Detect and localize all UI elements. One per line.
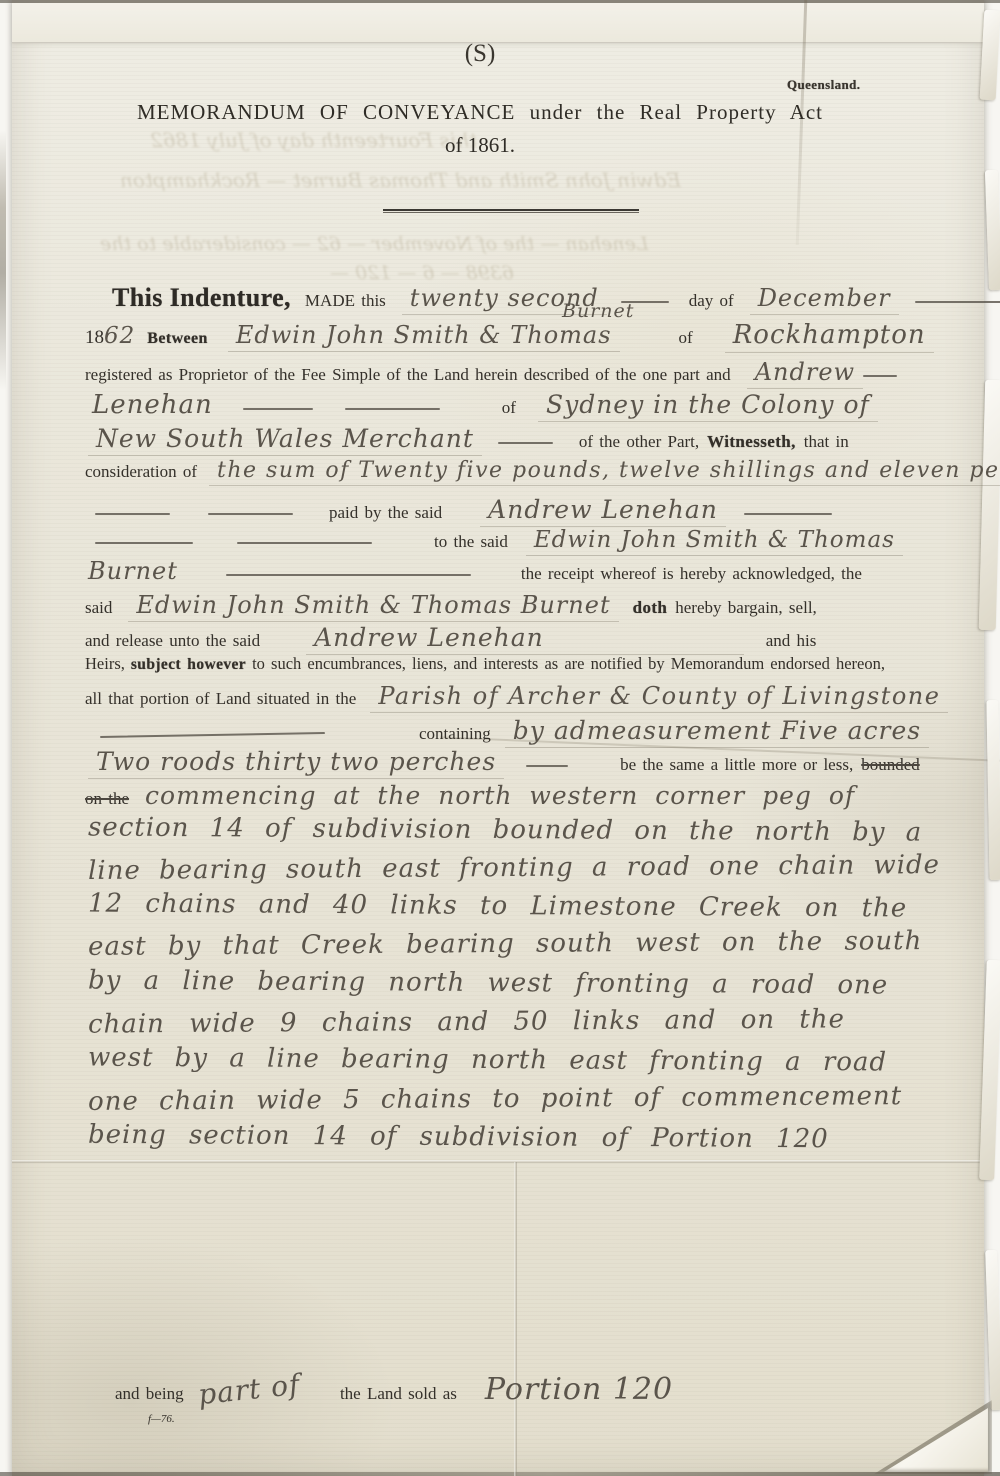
deed-line-9: Burnet the receipt whereof is hereby ack… <box>88 557 862 585</box>
document-title-line1: MEMORANDUM OF CONVEYANCE under the Real … <box>0 100 960 125</box>
deed-line-10: said Edwin John Smith & Thomas Burnet do… <box>85 591 817 619</box>
handwritten-dash <box>95 513 170 515</box>
printed-text: be the same a little more or less, <box>620 755 853 774</box>
handwritten-vendor-names: Edwin John Smith & Thomas Burnet <box>128 591 618 622</box>
handwritten-dash <box>95 542 193 544</box>
handwritten-dash <box>208 513 293 515</box>
deed-line-5: New South Wales Merchant of the other Pa… <box>88 424 849 453</box>
handwritten-dash <box>863 375 897 377</box>
handwritten-portion-number: Portion 120 <box>485 1372 673 1407</box>
printed-text: said <box>85 598 112 617</box>
handwritten-description: west by a line bearing north east fronti… <box>88 1043 887 1078</box>
right-edge-crumple <box>986 700 1000 880</box>
handwritten-grantor-names: Edwin John Smith & Thomas <box>228 321 620 352</box>
handwritten-insertion-burnet: Burnet <box>562 300 634 322</box>
printed-text: Heirs, <box>85 654 125 673</box>
printed-doth: doth <box>633 598 668 617</box>
printed-struck-on-the: on the <box>85 789 129 808</box>
handwritten-description: east by that Creek bearing south west on… <box>88 926 923 962</box>
deed-line-2: 1862 Between Edwin John Smith & Thomas o… <box>85 320 934 350</box>
printed-text: consideration of <box>85 462 197 481</box>
printed-text: all that portion of Land situated in the <box>85 689 356 708</box>
opening-words: This Indenture, <box>112 283 291 312</box>
handwritten-year: 62 <box>104 323 135 349</box>
handwritten-area-acres: by admeasurement Five acres <box>505 716 929 748</box>
deed-closing-line: and being part of the Land sold as Porti… <box>115 1372 673 1407</box>
handwritten-month: December <box>750 284 899 315</box>
printed-struck-bounded: bounded <box>861 755 920 774</box>
handwritten-surname-burnet: Burnet <box>88 557 178 585</box>
handwritten-dash <box>498 442 553 444</box>
deed-line-1: This Indenture, MADE this twenty second … <box>112 283 1000 313</box>
handwritten-description: commencing at the north western corner p… <box>145 781 855 810</box>
handwritten-grantee-first-name: Andrew <box>747 358 863 389</box>
printed-text: and his <box>766 631 817 650</box>
printed-text: paid by the said <box>329 503 442 522</box>
deed-line-11: and release unto the said Andrew Lenehan… <box>85 623 816 652</box>
handwritten-place-sydney: Sydney in the Colony of <box>538 390 878 422</box>
deed-line-12: Heirs, subject however to such encumbran… <box>85 654 885 674</box>
handwritten-dash <box>226 574 471 576</box>
printed-text: that in <box>804 432 849 451</box>
printed-text: the receipt whereof is hereby acknowledg… <box>521 564 862 583</box>
deed-line-7: paid by the said Andrew Lenehan <box>95 495 832 524</box>
bleedthrough-line: 6398 — 6 — 120 — <box>330 262 514 284</box>
printed-text: and being <box>115 1384 184 1403</box>
handwritten-description: line bearing south east fronting a road … <box>88 850 940 886</box>
printed-text: registered as Proprietor of the Fee Simp… <box>85 365 731 384</box>
top-fold-band <box>12 3 984 43</box>
handwritten-area-roods-perches: Two roods thirty two perches <box>88 747 504 779</box>
deed-line-14: containing by admeasurement Five acres <box>100 716 929 745</box>
deed-line-13: all that portion of Land situated in the… <box>85 682 948 710</box>
deed-line-3: registered as Proprietor of the Fee Simp… <box>85 358 897 386</box>
right-edge-crumple <box>985 1250 1000 1410</box>
printed-text: of <box>679 328 693 347</box>
printed-text: of <box>502 398 516 417</box>
handwritten-part-of: part of <box>196 1368 301 1412</box>
handwritten-description: chain wide 9 chains and 50 links and on … <box>88 1004 845 1039</box>
handwritten-dash <box>345 408 440 410</box>
printed-text: MADE this <box>305 291 386 310</box>
handwritten-grantee-surname: Lenehan <box>92 390 213 420</box>
deed-line-8: to the said Edwin John Smith & Thomas <box>95 527 903 553</box>
handwritten-payee-names: Edwin John Smith & Thomas <box>526 527 903 556</box>
handwritten-wavy-dash <box>100 732 325 738</box>
bleedthrough-line: Lenehan — the of November — 62 — conside… <box>100 233 649 255</box>
scan-top-edge <box>0 0 1000 3</box>
printed-text: the Land sold as <box>340 1384 457 1403</box>
right-edge-crumple <box>980 10 1000 101</box>
left-edge-shadow <box>0 130 6 390</box>
handwritten-dash <box>744 513 832 515</box>
handwritten-description: being section 14 of subdivision of Porti… <box>88 1120 829 1155</box>
bleedthrough-line: Edwin John Smith and Thomas Burnet — Roc… <box>120 168 681 192</box>
deed-line-6: consideration of the sum of Twenty five … <box>85 458 1000 483</box>
printed-text: hereby bargain, sell, <box>675 598 817 617</box>
printed-text: to such encumbrances, liens, and interes… <box>252 654 885 673</box>
right-edge-crumple <box>985 170 1000 290</box>
handwritten-place: Rockhampton <box>725 320 934 353</box>
printed-year-prefix: 18 <box>85 327 104 348</box>
handwritten-payer-name: Andrew Lenehan <box>480 495 726 527</box>
handwritten-description: by a line bearing north west fronting a … <box>88 966 888 1001</box>
handwritten-consideration-sum: the sum of Twenty five pounds, twelve sh… <box>209 458 1000 486</box>
printed-between: Between <box>147 330 208 347</box>
scanned-deed-page: this Fourteenth day of July 1862 Edwin J… <box>0 0 1000 1476</box>
handwritten-description: section 14 of subdivision bounded on the… <box>88 812 922 847</box>
handwritten-parish-county: Parish of Archer & County of Livingstone <box>370 682 948 713</box>
handwritten-description: one chain wide 5 chains to point of comm… <box>88 1081 902 1117</box>
handwritten-dash <box>915 301 1000 303</box>
handwritten-description: 12 chains and 40 links to Limestone Cree… <box>88 888 907 923</box>
printed-text: to the said <box>434 532 508 551</box>
handwritten-dash <box>526 765 568 767</box>
region-label: Queensland. <box>787 77 860 93</box>
printed-containing: containing <box>419 724 491 743</box>
printed-witnesseth: Witnesseth, <box>707 432 796 451</box>
deed-line-16: on the commencing at the north western c… <box>85 781 855 810</box>
printed-subject-however: subject however <box>131 656 246 673</box>
handwritten-colony-occupation: New South Wales Merchant <box>88 424 482 456</box>
deed-line-15: Two roods thirty two perches be the same… <box>88 747 920 776</box>
scan-bottom-edge <box>0 1472 1000 1476</box>
printed-text: and release unto the said <box>85 631 260 650</box>
form-number: f—76. <box>148 1413 175 1425</box>
printed-text: of the other Part, <box>579 432 699 451</box>
page-corner-mark: (S) <box>0 40 960 68</box>
title-divider-rule <box>383 209 639 213</box>
handwritten-purchaser-name: Andrew Lenehan <box>306 623 744 655</box>
handwritten-dash <box>243 408 313 410</box>
printed-text: day of <box>689 291 734 310</box>
document-title-line2: of 1861. <box>0 133 960 158</box>
handwritten-dash <box>237 542 372 544</box>
deed-line-4: Lenehan of Sydney in the Colony of <box>92 390 878 420</box>
